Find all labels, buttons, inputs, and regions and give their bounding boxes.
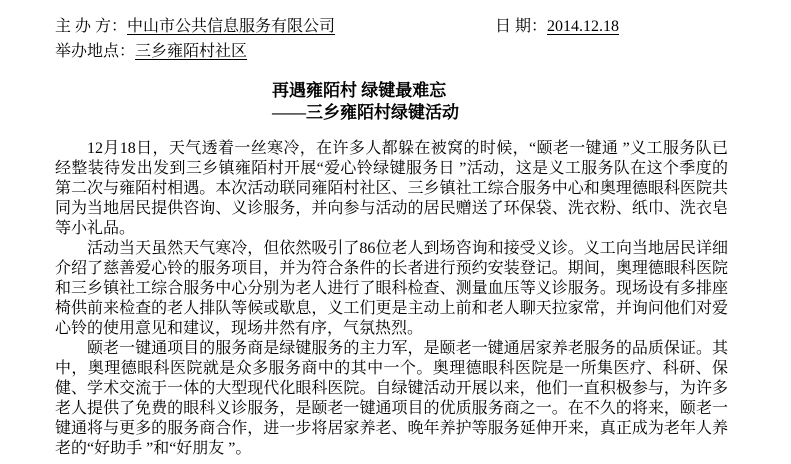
document-title: 再遇雍陌村 绿键最难忘 <box>272 80 459 102</box>
location-value: 三乡雍陌村社区 <box>135 43 247 60</box>
document-page: 主 办 方：中山市公共信息服务有限公司 日 期：2014.12.18 举办地点：… <box>0 0 791 464</box>
organizer-label: 主 办 方： <box>55 18 127 35</box>
date-field: 日 期：2014.12.18 <box>495 17 619 36</box>
date-label: 日 期： <box>495 18 547 35</box>
document-subtitle: ——三乡雍陌村绿键活动 <box>272 102 459 124</box>
organizer-value: 中山市公共信息服务有限公司 <box>127 18 335 35</box>
title-block: 再遇雍陌村 绿键最难忘 ——三乡雍陌村绿键活动 <box>272 80 459 124</box>
location-label: 举办地点： <box>55 43 135 60</box>
body-paragraph-3: 颐老一键通项目的服务商是绿键服务的主力军，是颐老一键通居家养老服务的品质保证。其… <box>55 339 728 459</box>
body-paragraph-2: 活动当天虽然天气寒冷，但依然吸引了86位老人到场咨询和接受义诊。义工向当地居民详… <box>55 239 728 339</box>
organizer-field: 主 办 方：中山市公共信息服务有限公司 <box>55 17 335 36</box>
body-paragraph-1: 12月18日，天气透着一丝寒冷，在许多人都躲在被窝的时候，“颐老一键通 ”义工服… <box>55 139 728 239</box>
location-field: 举办地点：三乡雍陌村社区 <box>55 42 247 61</box>
document-body: 12月18日，天气透着一丝寒冷，在许多人都躲在被窝的时候，“颐老一键通 ”义工服… <box>55 139 728 459</box>
date-value: 2014.12.18 <box>547 18 619 35</box>
